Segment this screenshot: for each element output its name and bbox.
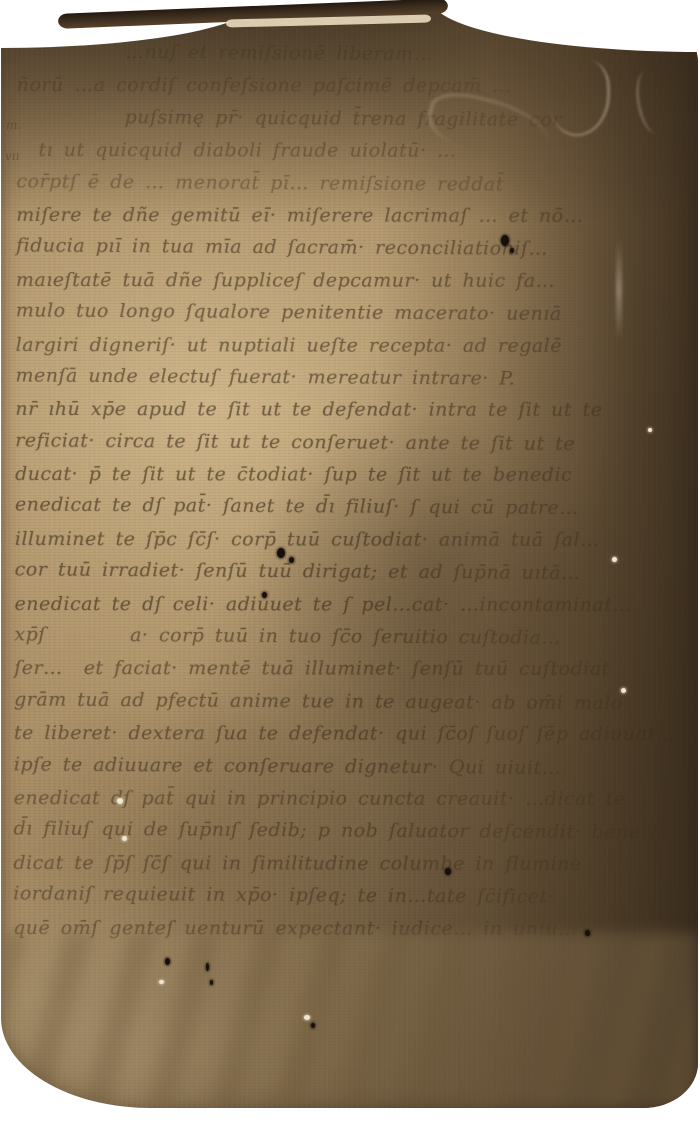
manuscript-line: fiducia pıī in tua mīa ad ſacram̄· recon… [12,230,684,267]
wormhole [311,1023,315,1028]
wormhole [210,980,213,985]
manuscript-line: te liberet· dextera ſua te defendat· qui… [10,717,682,751]
manuscript-line: mulo tuo longo ſqualore penitentie macer… [12,294,684,331]
manuscript-line: ñorū …a cordiſ confeſsione paſcimē depca… [13,69,685,103]
margin-note: vıı [5,149,19,163]
manuscript-line: ducat· p̄ te ſit ut te c̄todiat· ſup te … [11,458,683,492]
manuscript-line: grām tuā ad pfectū anime tue in te augea… [10,683,682,720]
white-fleck [159,980,164,984]
text-block: …nuſ et remiſsionē liberam… ñorū …a cord… [9,36,685,946]
manuscript-line: largiri digneriſ· ut nuptiali ueſte rece… [12,328,684,362]
manuscript-line: dicat te ſp̄ſ ſc̄ſ qui in ſimilitudine c… [9,847,681,881]
manuscript-line: miſere te dñe gemitū eı̄· miſerere lacri… [12,199,684,233]
parchment-page: …nuſ et remiſsionē liberam… ñorū …a cord… [1,8,698,1108]
manuscript-line: reficiat· circa te ſit ut te conſeruet· … [11,424,683,461]
manuscript-line: illuminet te ſp̄c ſc̄ſ· corp̄ tuū cuſtod… [11,523,683,557]
manuscript-line: ſer… et faciat· mentē tuā illuminet· ſen… [10,652,682,686]
manuscript-line: cor̄ptſ ē de … menorat̄ pī… remiſsione r… [12,165,684,202]
manuscript-photo: …nuſ et remiſsionē liberam… ñorū …a cord… [0,0,700,1122]
manuscript-line: maıeſtatē tuā dñe ſuppliceſ depcamur· ut… [12,264,684,298]
wormhole [206,963,209,971]
manuscript-line: enedicat dſ pat̄ qui in principio cuncta… [10,782,682,816]
manuscript-line: iordaniſ requieuit in xp̄o· ipſeq; te in… [9,877,681,914]
white-fleck [304,1015,310,1020]
manuscript-line: menſā unde electuſ fuerat· mereatur intr… [11,359,683,396]
manuscript-line: nr̄ ıhū xp̄e apud te ſit ut te defendat·… [11,393,683,427]
bottom-stain-shading [1,933,698,1108]
manuscript-line: cor tuū irradiet· ſenſū tuū dirigat; et … [11,554,683,591]
manuscript-line: xp̄ſ a· corp̄ tuū in tuo ſc̄o ſeruitio c… [10,618,682,655]
manuscript-line: d̄ı filiuſ qui de ſup̄nıſ ſedib; p nob ſ… [9,813,681,850]
margin-note: m. [6,118,21,132]
manuscript-line: enedicat te dſ pat̄· ſanet te d̄ı filiuſ… [11,489,683,526]
manuscript-line: enedicat te dſ celi· adiuuet te ſ pel…ca… [10,588,682,622]
manuscript-line: quē om̄ſ genteſ uenturū expectant· iudic… [9,911,681,945]
manuscript-line: ipſe te adiuuare et conſeruare dignetur·… [10,748,682,785]
manuscript-line: tı ut quicquid diaboli fraude uiolatū· … [12,134,684,168]
manuscript-line: puſsimę pr̄· quicquid t̄rena fragilitate… [13,100,685,137]
wormhole [165,958,170,965]
